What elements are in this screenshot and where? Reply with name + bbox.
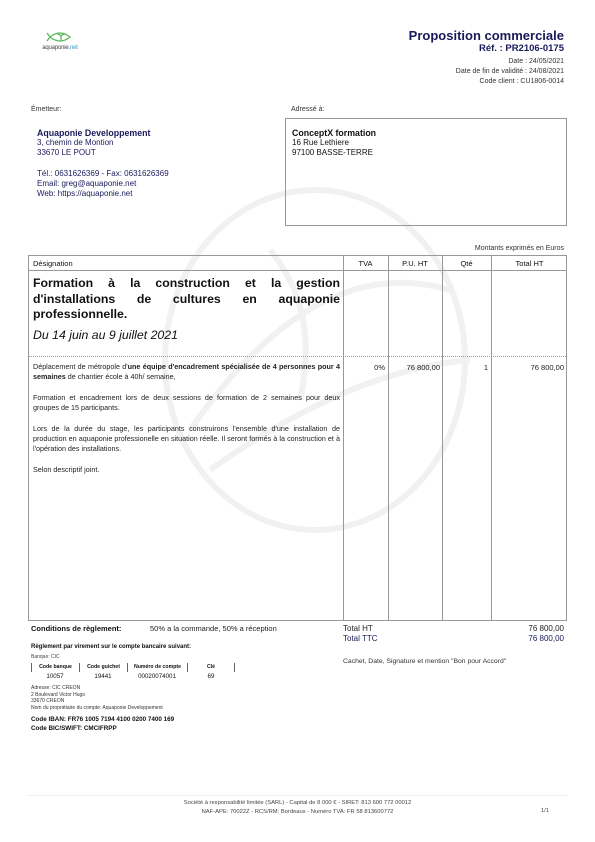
line-item-tva: 0% (343, 363, 385, 372)
account-number-header: Numéro de compte (127, 663, 187, 672)
key-header: Clé (187, 663, 235, 672)
footer-line-2: NAF-APE: 70022Z - RCS/RM: Bordeaux - Num… (0, 808, 595, 817)
header-tva: TVA (343, 259, 388, 268)
offer-dates: Du 14 juin au 9 juillet 2021 (33, 328, 178, 342)
line-item-pu-ht: 76 800,00 (388, 363, 440, 372)
account-number-value: 00020074001 (127, 672, 187, 681)
bank-name: Banque: CIC (31, 654, 60, 660)
footer-line-1: Société à responsabilité limitée (SARL) … (0, 799, 595, 808)
signature-note: Cachet, Date, Signature et mention "Bon … (343, 658, 506, 665)
key-value: 69 (187, 672, 235, 681)
bic-swift: Code BIC/SWIFT: CMCIFRPP (31, 725, 174, 734)
document-reference: Réf. : PR2106-0175 (479, 43, 564, 54)
sender-block: Aquaponie Developpement 3, chemin de Mon… (37, 128, 169, 199)
footer-divider (28, 795, 567, 796)
sender-name: Aquaponie Developpement (37, 128, 169, 138)
client-code: Code client : CU1806-0014 (480, 78, 564, 85)
line-item-qty: 1 (442, 363, 488, 372)
recipient-label: Adressé à: (291, 106, 324, 113)
fish-plant-icon (46, 30, 74, 44)
sender-phone-fax: Tél.: 0631626369 - Fax: 0631626369 (37, 169, 169, 179)
header-total-ht: Total HT (491, 259, 568, 268)
account-owner: Nom du propriétaire du compte: Aquaponie… (31, 705, 163, 712)
payment-conditions-value: 50% a la commande, 50% a réception (150, 624, 277, 633)
bank-address: Adresse: CIC CREON 2 Boulevard Victor Hu… (31, 685, 163, 711)
sender-email[interactable]: Email: greg@aquaponie.net (37, 179, 169, 189)
line-item-description: Déplacement de métropole d'une équipe d'… (33, 362, 340, 486)
validity-date: Date de fin de validité : 24/08/2021 (456, 68, 564, 75)
bank-details-grid: Code banque Code guichet Numéro de compt… (31, 663, 235, 681)
line-items-table: Désignation TVA P.U. HT Qté Total HT For… (28, 255, 567, 621)
header-designation: Désignation (33, 259, 73, 268)
logo-text: aquaponie.net (30, 45, 90, 51)
recipient-name: ConceptX formation (292, 128, 376, 138)
recipient-address-2: 97100 BASSE-TERRE (292, 148, 376, 158)
recipient-block: ConceptX formation 16 Rue Lethiere 97100… (292, 128, 376, 159)
iban: Code IBAN: FR76 1005 7194 4100 0200 7400… (31, 716, 174, 725)
sender-address-2: 33670 LE POUT (37, 148, 169, 158)
currency-note: Montants exprimés en Euros (475, 245, 564, 252)
bank-transfer-title: Règlement par virement sur le compte ban… (31, 644, 191, 650)
sender-website[interactable]: Web: https://aquaponie.net (37, 189, 169, 199)
total-ttc-value: 76 800,00 (528, 634, 564, 643)
page-number: 1/1 (541, 808, 549, 814)
company-logo: aquaponie.net (30, 30, 85, 55)
total-ht-label: Total HT (343, 624, 373, 633)
header-pu-ht: P.U. HT (388, 259, 442, 268)
line-item-total-ht: 76 800,00 (491, 363, 564, 372)
recipient-address-1: 16 Rue Lethiere (292, 138, 376, 148)
legal-footer: Société à responsabilité limitée (SARL) … (0, 799, 595, 816)
branch-code-value: 19441 (79, 672, 127, 681)
bank-codes: Code IBAN: FR76 1005 7194 4100 0200 7400… (31, 716, 174, 733)
document-title: Proposition commerciale (409, 28, 564, 43)
bank-code-header: Code banque (31, 663, 79, 672)
payment-conditions-label: Conditions de règlement: (31, 624, 121, 633)
branch-code-header: Code guichet (79, 663, 127, 672)
bank-code-value: 10057 (31, 672, 79, 681)
document-date: Date : 24/05/2021 (508, 58, 564, 65)
sender-label: Émetteur: (31, 106, 61, 113)
total-ttc-label: Total TTC (343, 634, 378, 643)
header-qty: Qté (442, 259, 491, 268)
offer-title: Formation à la construction et la gestio… (33, 276, 340, 323)
total-ht-value: 76 800,00 (528, 624, 564, 633)
sender-address-1: 3, chemin de Montion (37, 138, 169, 148)
